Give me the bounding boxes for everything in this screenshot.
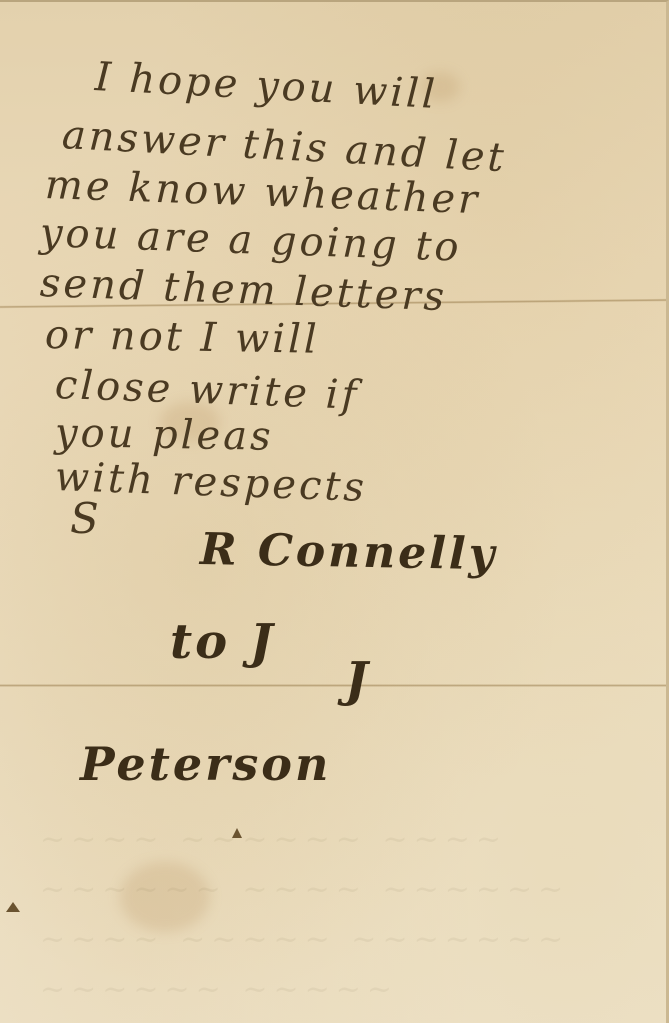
signature-recipient-initial-2: J (345, 652, 371, 708)
bleed-through-text: ~~~~~~ ~~~~ ~~~~~~ (40, 872, 646, 907)
signature-recipient-name: Peterson (80, 737, 331, 791)
letter-line-5: send them letters (39, 260, 448, 320)
letter-line-6: or not I will (45, 312, 320, 363)
ink-blot (6, 902, 20, 912)
bleed-through-text: ~~~~~~ ~~~~~ (40, 972, 646, 1007)
letter-line-8: you pleas (55, 410, 274, 460)
letter-page: ~~~~ ~~~~~~ ~~~~ ~~~~~~ ~~~~ ~~~~~~ ~~~~… (0, 0, 669, 1023)
letter-line-10: S (70, 494, 102, 543)
bleed-through-text: ~~~~ ~~~~~~ ~~~~ (40, 822, 646, 857)
letter-line-1: I hope you will (94, 54, 439, 118)
signature-recipient-initials: to J (170, 614, 276, 670)
bleed-through-text: ~~~~ ~~~~~ ~~~~~~~ (40, 922, 646, 957)
fold-line (0, 684, 669, 687)
signature-sender: R Connelly (200, 524, 498, 580)
